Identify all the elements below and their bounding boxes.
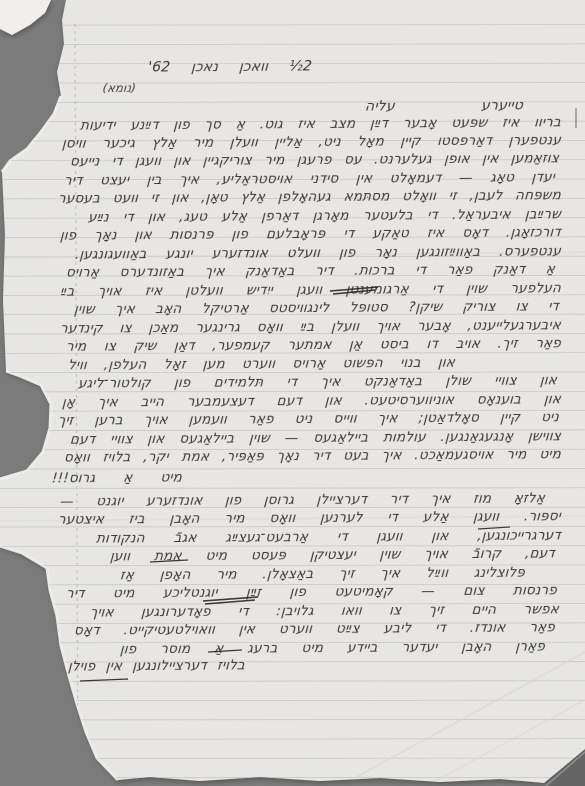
letter-line: און צוויי שולן באַדאַנקט איך די תּלמידים… xyxy=(77,372,557,392)
letter-line: משפּחה לעבן, זי וואָלט מסתּמא געהאָלפן א… xyxy=(57,187,561,208)
letter-line: שרײַבן איבעראַל. די בלעטער מאָרגן דאַרפן… xyxy=(87,206,561,226)
letter-line: פרנסות צום — קאָמיטעט פון זײַן יוגנטליכע… xyxy=(65,582,557,602)
scanned-letter-page: 2½ וואכן נאכן 62' (נומא) טייערע עליה ברי… xyxy=(0,0,585,786)
letter-line: און בנוי הפּשוט אַרויס ווערט מען זאָל הע… xyxy=(67,355,455,375)
letter-line: ענטפערס. באַווײַזונגען נאָר פון וועלט או… xyxy=(74,243,561,263)
letter-line: העלפער שוין די אַרגומענטן וועגן ייִדיש ו… xyxy=(59,280,561,301)
letter-line: איבערגעלייענט, אָבער אויך וועלן בײַ וואָ… xyxy=(59,317,561,338)
letter-line: דורכזאָגן. דאָס איז טאַקע די פּראָבלעם פ… xyxy=(59,224,561,245)
letter-line: אפשר היים זיך צו וואו גלויבן: די פאָדערו… xyxy=(89,601,559,621)
letter-line: ענטפערן דאַרפסטו קיין מאָל ניט, אַליין ו… xyxy=(61,132,561,152)
date-line: 2½ וואכן נאכן 62' xyxy=(147,58,312,76)
place-note: (נומא) xyxy=(91,80,136,97)
letter-line: די צו צוריק שיקן? סטופּל לינגוויסטס אַרט… xyxy=(73,298,559,318)
letter-line: פאַר אונדז. די ליבע צײַט ווערט אין וואוי… xyxy=(73,619,555,639)
letter-line: יספּור. וועגן אַלע די לערנען וואָס מיר ה… xyxy=(57,508,561,529)
letter-line: אַ דאַנק פאַר די ברכות. דיר באַדאַנק איך… xyxy=(65,261,555,281)
letter-line: צווישן אָנגעגאַנגען. עולמות ביילאַגעס — … xyxy=(69,428,561,448)
letter-line: מיט מיר אויסגעמאַכט. איך בעט דיר נאָך פּ… xyxy=(63,446,561,466)
letter-line: דערגרייכונגען, און וועגן די אַרבעט־געצײַ… xyxy=(95,527,561,547)
salutation-line: טייערע עליה xyxy=(364,97,523,115)
letter-line: דעם, קרובֿ אויך שוין יעצטיקן פּעסט מיט א… xyxy=(109,545,555,565)
letter-line: ניט קיין סאָלדאַטן; איך ווייס ניט פאַר ו… xyxy=(57,409,559,430)
letter-line: יעדן טאָג — דעמאָלט אין סידני אויסטראַלי… xyxy=(63,169,555,189)
letter-line: פּלוצלינג ווײַל איך זיך באַצאָלן. מיר הא… xyxy=(119,565,525,585)
letter-line: צוזאַמען אין אופן געלערנט. עס פרעגן מיר … xyxy=(69,150,559,170)
letter-line-exclamation: מיט אַ גרוס!!! xyxy=(51,470,182,488)
letter-line: אַלזאָ מוז איך דיר דערציילן גרוסן פון או… xyxy=(59,490,545,510)
closing-line: בלויז דערציילונגען אין פוילן xyxy=(67,657,245,675)
letter-line: פאַר זיך. אויב דו ביסט אַן אמתער קעמפער,… xyxy=(65,335,561,355)
letter-line: און בוענאָס אוניווערסיטעט. און דעם דעצעמ… xyxy=(61,391,561,411)
letter-line: בריוו איז שפּעט אָבער דײַן מצב איז גוט. … xyxy=(79,114,561,134)
letter-line: פאַרן האָבן יעדער ביידע מיט ברעג אַ מוסר… xyxy=(119,639,545,659)
